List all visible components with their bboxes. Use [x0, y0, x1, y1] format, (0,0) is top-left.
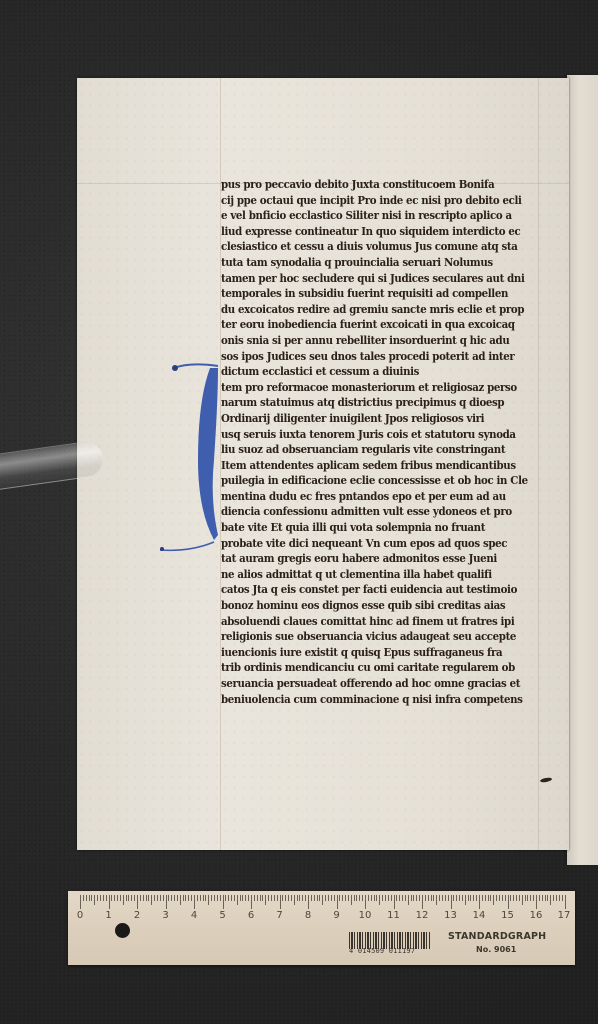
text-line: seruancia persuadeat offerendo ad hoc om… — [221, 677, 531, 693]
ruler-hang-hole — [115, 923, 130, 938]
text-line: iuencionis iure existit q quisq Epus suf… — [221, 645, 531, 661]
text-line: trib ordinis mendicanciu cu omi caritate… — [221, 661, 531, 677]
text-line: catos Jta q eis constet per facti euiden… — [221, 583, 531, 599]
text-line: clesiastico et cessu a diuis volumus Jus… — [221, 240, 531, 256]
text-line: diencia confessionu admitten vult esse y… — [221, 505, 531, 521]
text-line: du excoicatos redire ad gremiu sancte mr… — [221, 302, 531, 318]
text-line: bonoz hominu eos dignos esse quib sibi c… — [221, 599, 531, 615]
text-line: beniuolencia cum comminacione q nisi inf… — [221, 692, 531, 708]
text-line: dictum ecclastici et cessum a diuinis — [221, 365, 531, 381]
ruler-number: 11 — [387, 910, 400, 921]
ruler-number: 2 — [134, 910, 140, 921]
ruler-number: 8 — [305, 910, 311, 921]
facing-page-edge — [567, 75, 598, 865]
ruler-number: 9 — [333, 910, 339, 921]
text-line: liu suoz ad obseruanciam regularis vite … — [221, 443, 531, 459]
text-line: e vel bnficio ecclastico Siliter nisi in… — [221, 209, 531, 225]
ruler-number: 12 — [416, 910, 429, 921]
ruler-brand: STANDARDGRAPH — [448, 931, 546, 942]
text-line: absoluendi claues comittat hinc ad finem… — [221, 614, 531, 630]
text-line: liud expresse contineatur In quo siquide… — [221, 224, 531, 240]
text-line: Item attendentes aplicam sedem fribus me… — [221, 458, 531, 474]
text-line: tuta tam synodalia q prouincialia seruar… — [221, 256, 531, 272]
text-line: religionis sue obseruancia vicius adauge… — [221, 630, 531, 646]
ruler-number: 17 — [558, 910, 571, 921]
ruler-number: 13 — [444, 910, 457, 921]
ruler-number: 7 — [276, 910, 282, 921]
ruling-line-right — [538, 78, 539, 850]
text-line: pus pro peccavio debito Juxta constituco… — [221, 178, 531, 194]
text-line: narum statuimus atq districtius precipim… — [221, 396, 531, 412]
ruler-number: 14 — [473, 910, 486, 921]
text-line: ter eoru inobediencia fuerint excoicati … — [221, 318, 531, 334]
text-line: ne alios admittat q ut clementina illa h… — [221, 567, 531, 583]
scale-ruler: 0 1 2 3 4 5 6 7 8 9 10 11 12 13 14 15 16… — [68, 891, 575, 965]
ruler-model: No. 9061 — [476, 945, 516, 954]
text-line: tem pro reformacoe monasteriorum et reli… — [221, 380, 531, 396]
ruler-number: 16 — [530, 910, 543, 921]
text-line: probate vite dici nequeant Vn cum epos a… — [221, 536, 531, 552]
text-line: temporales in subsidiu fuerint requisiti… — [221, 287, 531, 303]
text-line: sos ipos Judices seu dnos tales procedi … — [221, 349, 531, 365]
text-line: usq seruis iuxta tenorem Juris cois et s… — [221, 427, 531, 443]
decorated-initial-i — [160, 360, 220, 555]
ruler-number: 0 — [77, 910, 83, 921]
text-line: tamen per hoc secludere qui si Judices s… — [221, 271, 531, 287]
ruler-ticks — [80, 895, 564, 913]
text-line: tat auram gregis eoru habere admonitos e… — [221, 552, 531, 568]
ruler-number: 6 — [248, 910, 254, 921]
text-line: cij ppe octaui que incipit Pro inde ec n… — [221, 193, 531, 209]
ruler-number: 10 — [359, 910, 372, 921]
text-line: puilegia in edificacione eclie concessis… — [221, 474, 531, 490]
text-line: onis snia si per annu rebelliter insordu… — [221, 334, 531, 350]
text-line: bate vite Et quia illi qui vota solempni… — [221, 521, 531, 537]
ruler-number: 4 — [191, 910, 197, 921]
text-line: Ordinarij diligenter inuigilent Jpos rel… — [221, 412, 531, 428]
manuscript-text: pus pro peccavio debito Juxta constituco… — [221, 178, 531, 708]
ruler-number: 5 — [219, 910, 225, 921]
ruler-number: 1 — [105, 910, 111, 921]
ruler-number: 15 — [501, 910, 514, 921]
barcode-number: 4 014509 011197 — [349, 947, 415, 955]
text-line: mentina dudu ec fres pntandos epo et per… — [221, 489, 531, 505]
ruler-number: 3 — [162, 910, 168, 921]
